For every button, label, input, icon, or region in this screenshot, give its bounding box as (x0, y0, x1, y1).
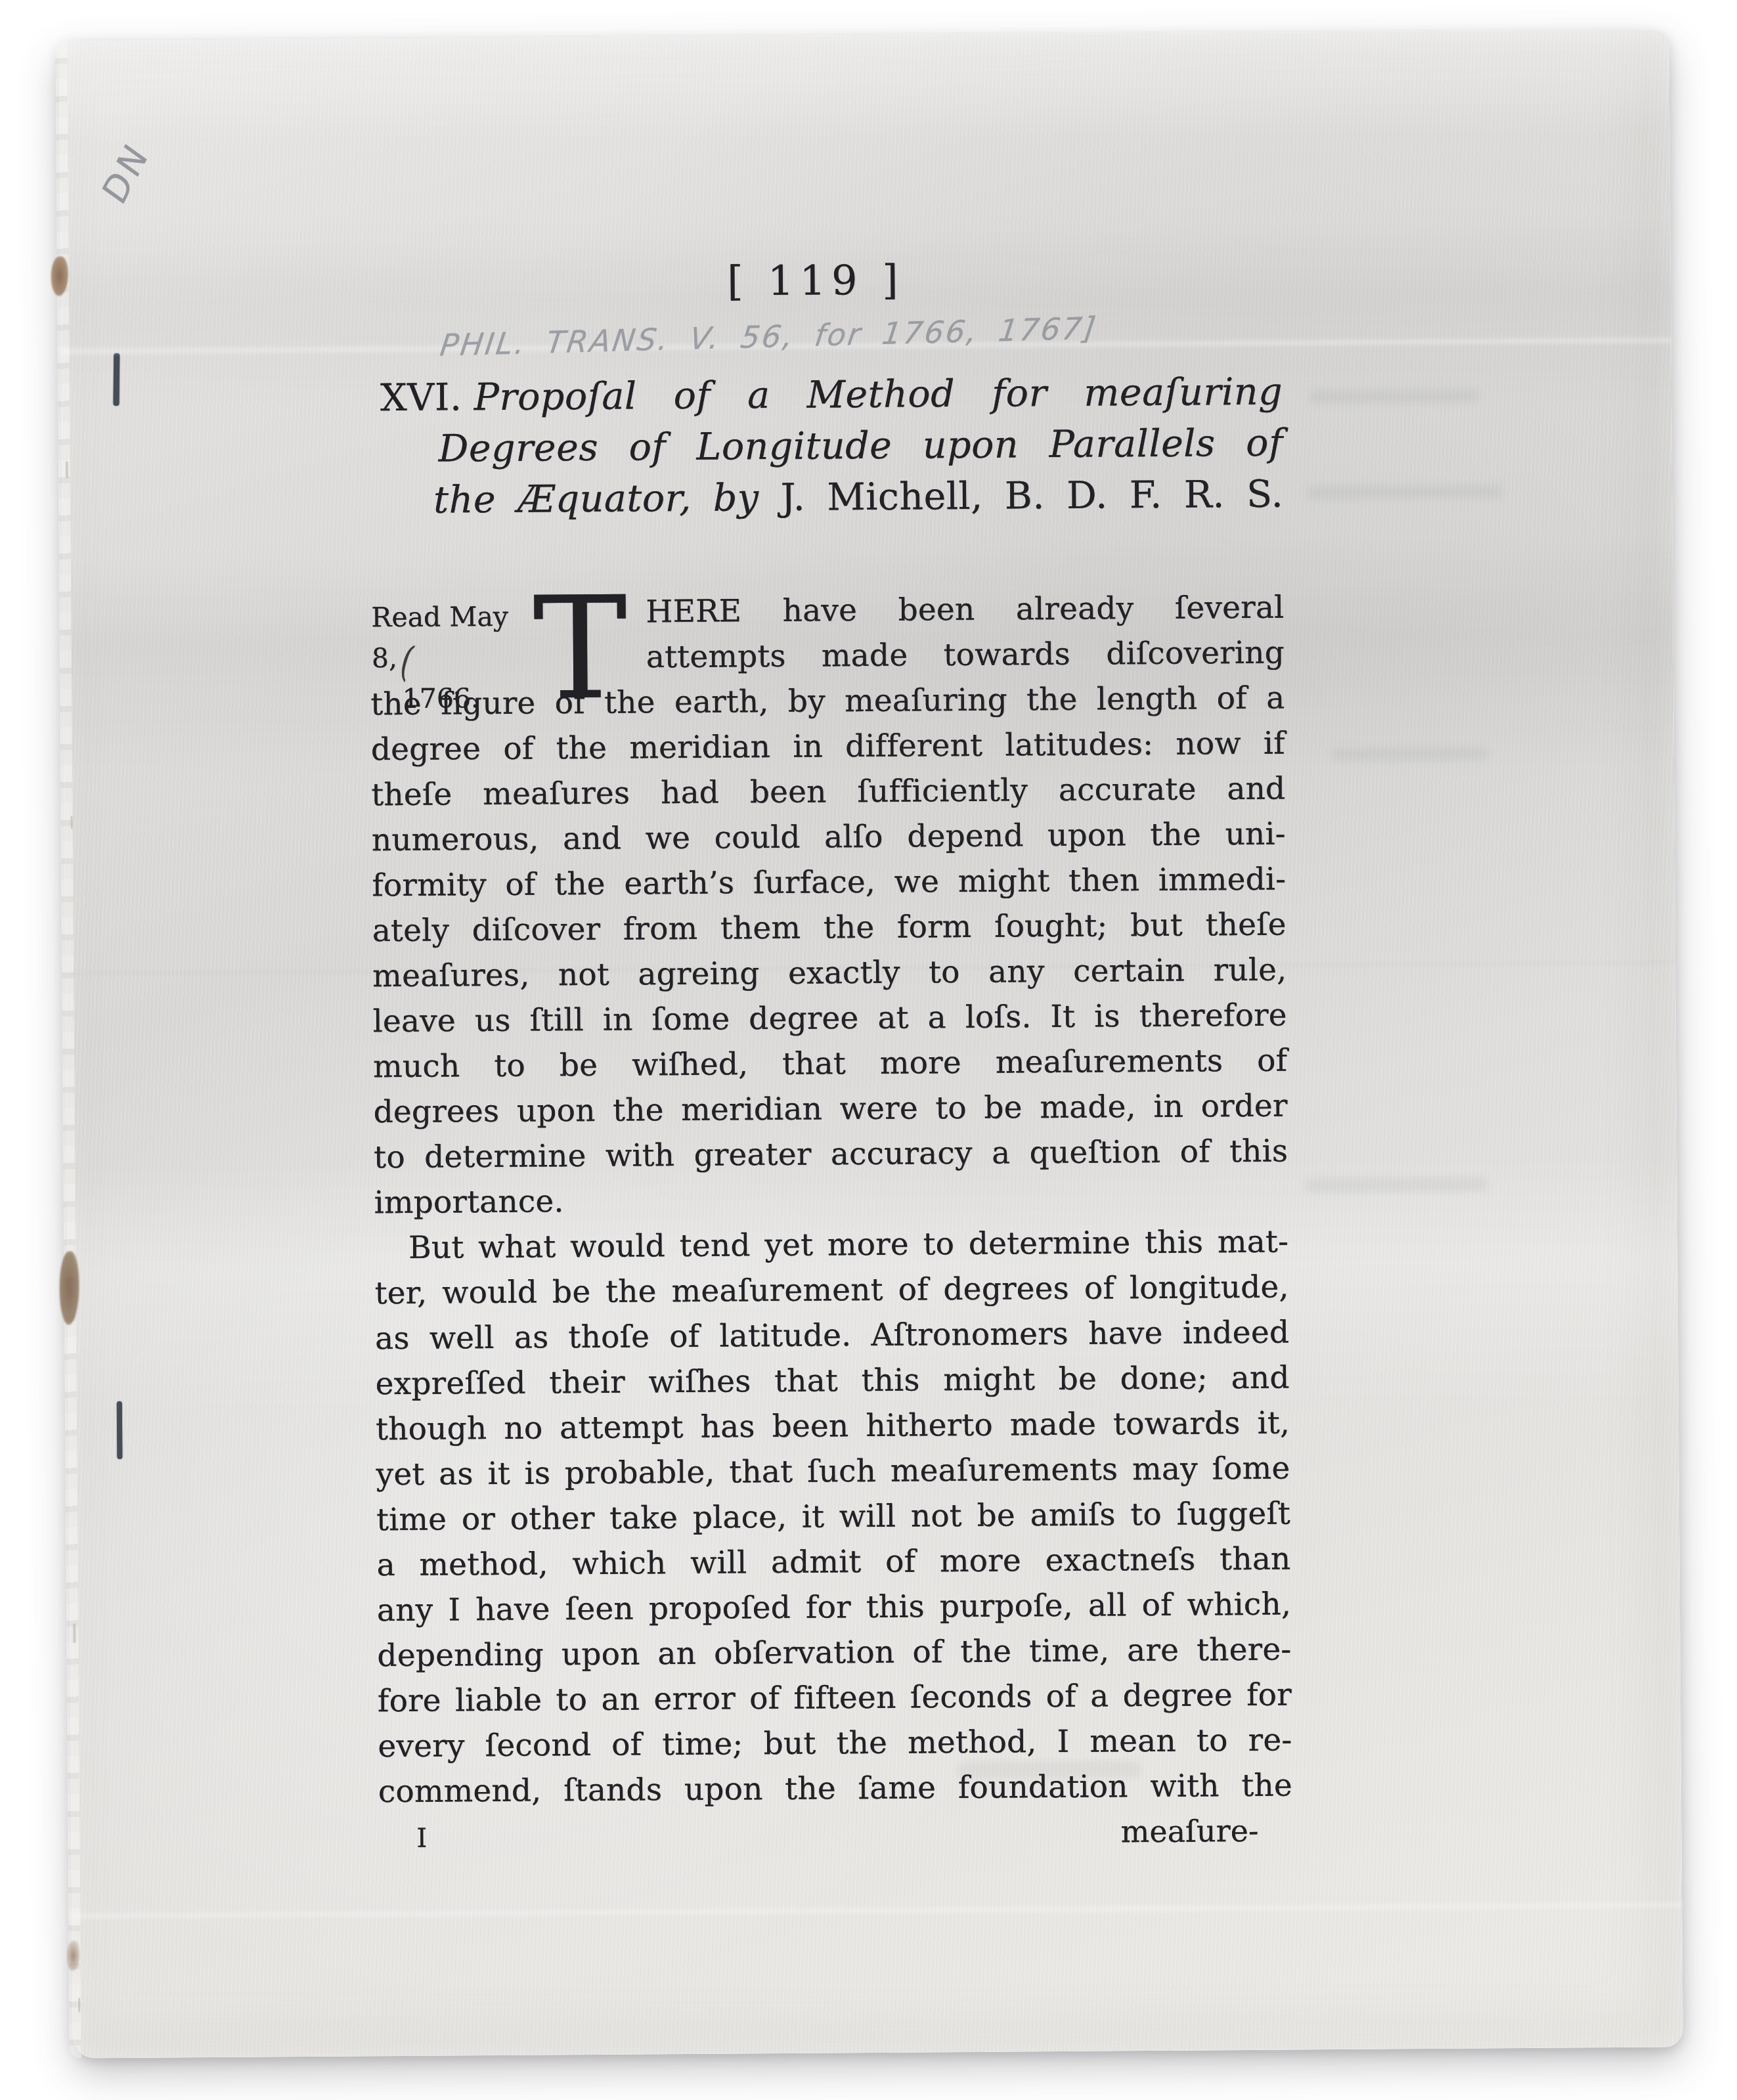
title-line-3-italic: the Æquator, by (433, 476, 781, 522)
showthrough-smudge (1331, 747, 1489, 761)
paper-crease (72, 1903, 1682, 1917)
staple-mark-bottom (117, 1401, 123, 1459)
paragraph-2-line-3: as well as thoſe of latitude. Aſtronomer… (375, 1310, 1289, 1362)
title-line-1-text: Propoſal of a Method for meaſuring (473, 370, 1283, 420)
paragraph-2-line-1: But what would tend yet more to determin… (408, 1219, 1288, 1271)
paragraph-1-line-3: the figure of the earth, by meaſuring th… (370, 676, 1285, 728)
signature-mark: I (416, 1816, 427, 1862)
page-number: [ 119 ] (684, 255, 947, 305)
paragraph-1-line-13: to determine with greater accuracy a que… (374, 1129, 1288, 1181)
paragraph-2-line-5: though no attempt has been hitherto made… (376, 1401, 1290, 1453)
paragraph-2: But what would tend yet more to determin… (374, 1219, 1292, 1815)
paragraph-1-line-10: leave us ſtill in ſome degree at a loſs.… (373, 993, 1287, 1045)
paragraph-2-line-4: expreſſed their wiſhes that this might b… (375, 1355, 1289, 1407)
paragraph-2-line-10: depending upon an obſervation of the tim… (377, 1627, 1291, 1679)
article-title: XVI.Propoſal of a Method for meaſuring D… (380, 366, 1284, 527)
scan-canvas: { "annotations": { "corner_initials": "D… (0, 0, 1737, 2100)
author-name: J. Michell, B. D. F. R. S. (780, 473, 1283, 519)
showthrough-smudge (1306, 484, 1503, 500)
paragraph-1-line-7: formity of the earth’s ſurface, we might… (372, 857, 1286, 909)
paragraph-2-line-11: fore liable to an error of fifteen ſecon… (378, 1673, 1292, 1724)
edge-nick (71, 816, 73, 829)
edge-nick (66, 462, 68, 479)
pencil-owner-initials: DN (95, 134, 157, 212)
paragraph-1-line-9: meaſures, not agreing exactly to any cer… (372, 948, 1286, 999)
paragraph-1-line-1: HERE have been already ſeveral (646, 585, 1284, 635)
edge-nick (73, 1623, 76, 1643)
paragraph-2-line-9: any I have ſeen propoſed for this purpoſ… (377, 1582, 1291, 1634)
showthrough-smudge (1309, 389, 1480, 405)
paragraph-2-line-8: a method, which will admit of more exact… (376, 1537, 1290, 1588)
paragraph-1-line-6: numerous, and we could alſo depend upon … (372, 812, 1286, 864)
catchword: meaſure- (1120, 1808, 1258, 1854)
title-line-3: the Æquator, by J. Michell, B. D. F. R. … (433, 469, 1284, 526)
foxing-spot (59, 1251, 79, 1324)
paragraph-1-line-8: ately diſcover from them the form ſought… (372, 902, 1286, 954)
paragraph-2-line-6: yet as it is probable, that ſuch meaſure… (376, 1446, 1290, 1498)
title-line-2: Degrees of Longitude upon Parallels of (438, 418, 1283, 475)
page-footer-row: I meaſure- (378, 1808, 1292, 1860)
body-text-column: HERE have been already ſeveralattempts m… (370, 585, 1292, 1860)
paragraph-1-line-12: degrees upon the meridian were to be mad… (373, 1083, 1287, 1135)
edge-nick (78, 1998, 80, 2012)
paragraph-1-line-11: much to be wiſhed, that more meaſurement… (373, 1038, 1287, 1090)
paragraph-2-line-12: every ſecond of time; but the method, I … (378, 1718, 1292, 1770)
paragraph-2-line-7: time or other take place, it will not be… (376, 1491, 1290, 1543)
showthrough-smudge (1304, 1177, 1488, 1192)
deckled-left-edge (55, 41, 81, 2059)
article-number: XVI. (380, 376, 474, 420)
title-line-1: XVI.Propoſal of a Method for meaſuring (380, 366, 1283, 424)
paragraph-1-line-5: theſe meaſures had been ſufficiently acc… (371, 766, 1285, 818)
paragraph-2-line-2: ter, would be the meaſurement of degrees… (374, 1265, 1288, 1317)
scanned-page: DN PHIL. TRANS. V. 56, for 1766, 1767] [… (58, 30, 1682, 2058)
paragraph-1-line-4: degree of the meridian in different lati… (371, 721, 1285, 773)
paragraph-1-line-14: importance. (374, 1174, 1288, 1226)
staple-mark-top (113, 353, 120, 406)
pencil-citation-note: PHIL. TRANS. V. 56, for 1766, 1767] (438, 306, 1270, 363)
paragraph-1: HERE have been already ſeveralattempts m… (370, 585, 1288, 1226)
paragraph-2-line-13: commend, ſtands upon the ſame foundation… (378, 1763, 1292, 1815)
paragraph-1-line-2: attempts made towards diſcovering (646, 630, 1285, 680)
